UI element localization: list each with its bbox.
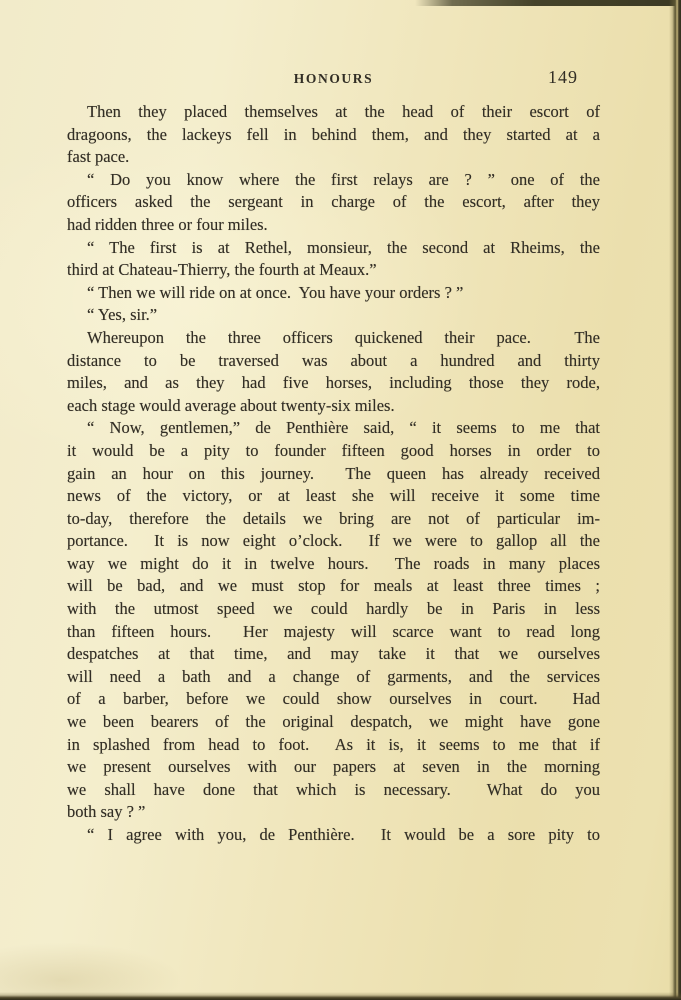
text-line: it would be a pity to founder fifteen go…	[67, 440, 600, 463]
paragraph: “ Now, gentlemen,” de Penthière said, “ …	[67, 417, 600, 824]
running-title: HONOURS	[294, 71, 373, 87]
book-edge-top-shadow	[415, 0, 681, 6]
book-edge-bottom-shadow	[0, 992, 681, 1000]
text-line: news of the victory, or at least she wil…	[67, 485, 600, 508]
paragraph: Then they placed themselves at the head …	[67, 101, 600, 169]
text-line: each stage would average about twenty-si…	[67, 395, 600, 418]
text-line: in splashed from head to foot. As it is,…	[67, 734, 600, 757]
text-line: despatches at that time, and may take it…	[67, 643, 600, 666]
text-line: “ The first is at Rethel, monsieur, the …	[67, 237, 600, 260]
text-line: to-day, therefore the details we bring a…	[67, 508, 600, 531]
text-line: “ Now, gentlemen,” de Penthière said, “ …	[67, 417, 600, 440]
text-line: “ Then we will ride on at once. You have…	[67, 282, 600, 305]
text-line: Then they placed themselves at the head …	[67, 101, 600, 124]
text-line: portance. It is now eight o’clock. If we…	[67, 530, 600, 553]
text-line: of a barber, before we could show oursel…	[67, 688, 600, 711]
text-line: gain an hour on this journey. The queen …	[67, 463, 600, 486]
page-number: 149	[548, 67, 578, 88]
paragraph: “ Do you know where the first relays are…	[67, 169, 600, 237]
text-line: third at Chateau-Thierry, the fourth at …	[67, 259, 600, 282]
text-line: than fifteen hours. Her majesty will sca…	[67, 621, 600, 644]
book-edge-right	[669, 0, 681, 1000]
text-line: with the utmost speed we could hardly be…	[67, 598, 600, 621]
text-line: we been bearers of the original despatch…	[67, 711, 600, 734]
text-line: dragoons, the lackeys fell in behind the…	[67, 124, 600, 147]
paragraph: Whereupon the three officers quickened t…	[67, 327, 600, 417]
page-text: Then they placed themselves at the head …	[67, 101, 600, 847]
text-line: distance to be traversed was about a hun…	[67, 350, 600, 373]
paragraph: “ Then we will ride on at once. You have…	[67, 282, 600, 305]
text-line: we present ourselves with our papers at …	[67, 756, 600, 779]
paragraph: “ The first is at Rethel, monsieur, the …	[67, 237, 600, 282]
text-line: “ Yes, sir.”	[67, 304, 600, 327]
text-line: “ I agree with you, de Penthière. It wou…	[67, 824, 600, 847]
text-line: miles, and as they had five horses, incl…	[67, 372, 600, 395]
book-page-scan: HONOURS 149 Then they placed themselves …	[0, 0, 681, 1000]
text-line: fast pace.	[67, 146, 600, 169]
text-line: officers asked the sergeant in charge of…	[67, 191, 600, 214]
text-line: we shall have done that which is necessa…	[67, 779, 600, 802]
page-header: HONOURS 149	[67, 67, 600, 89]
text-line: had ridden three or four miles.	[67, 214, 600, 237]
text-line: Whereupon the three officers quickened t…	[67, 327, 600, 350]
text-line: way we might do it in twelve hours. The …	[67, 553, 600, 576]
paragraph: “ Yes, sir.”	[67, 304, 600, 327]
text-line: both say ? ”	[67, 801, 600, 824]
text-line: will need a bath and a change of garment…	[67, 666, 600, 689]
text-line: will be bad, and we must stop for meals …	[67, 575, 600, 598]
text-line: “ Do you know where the first relays are…	[67, 169, 600, 192]
paragraph: “ I agree with you, de Penthière. It wou…	[67, 824, 600, 847]
